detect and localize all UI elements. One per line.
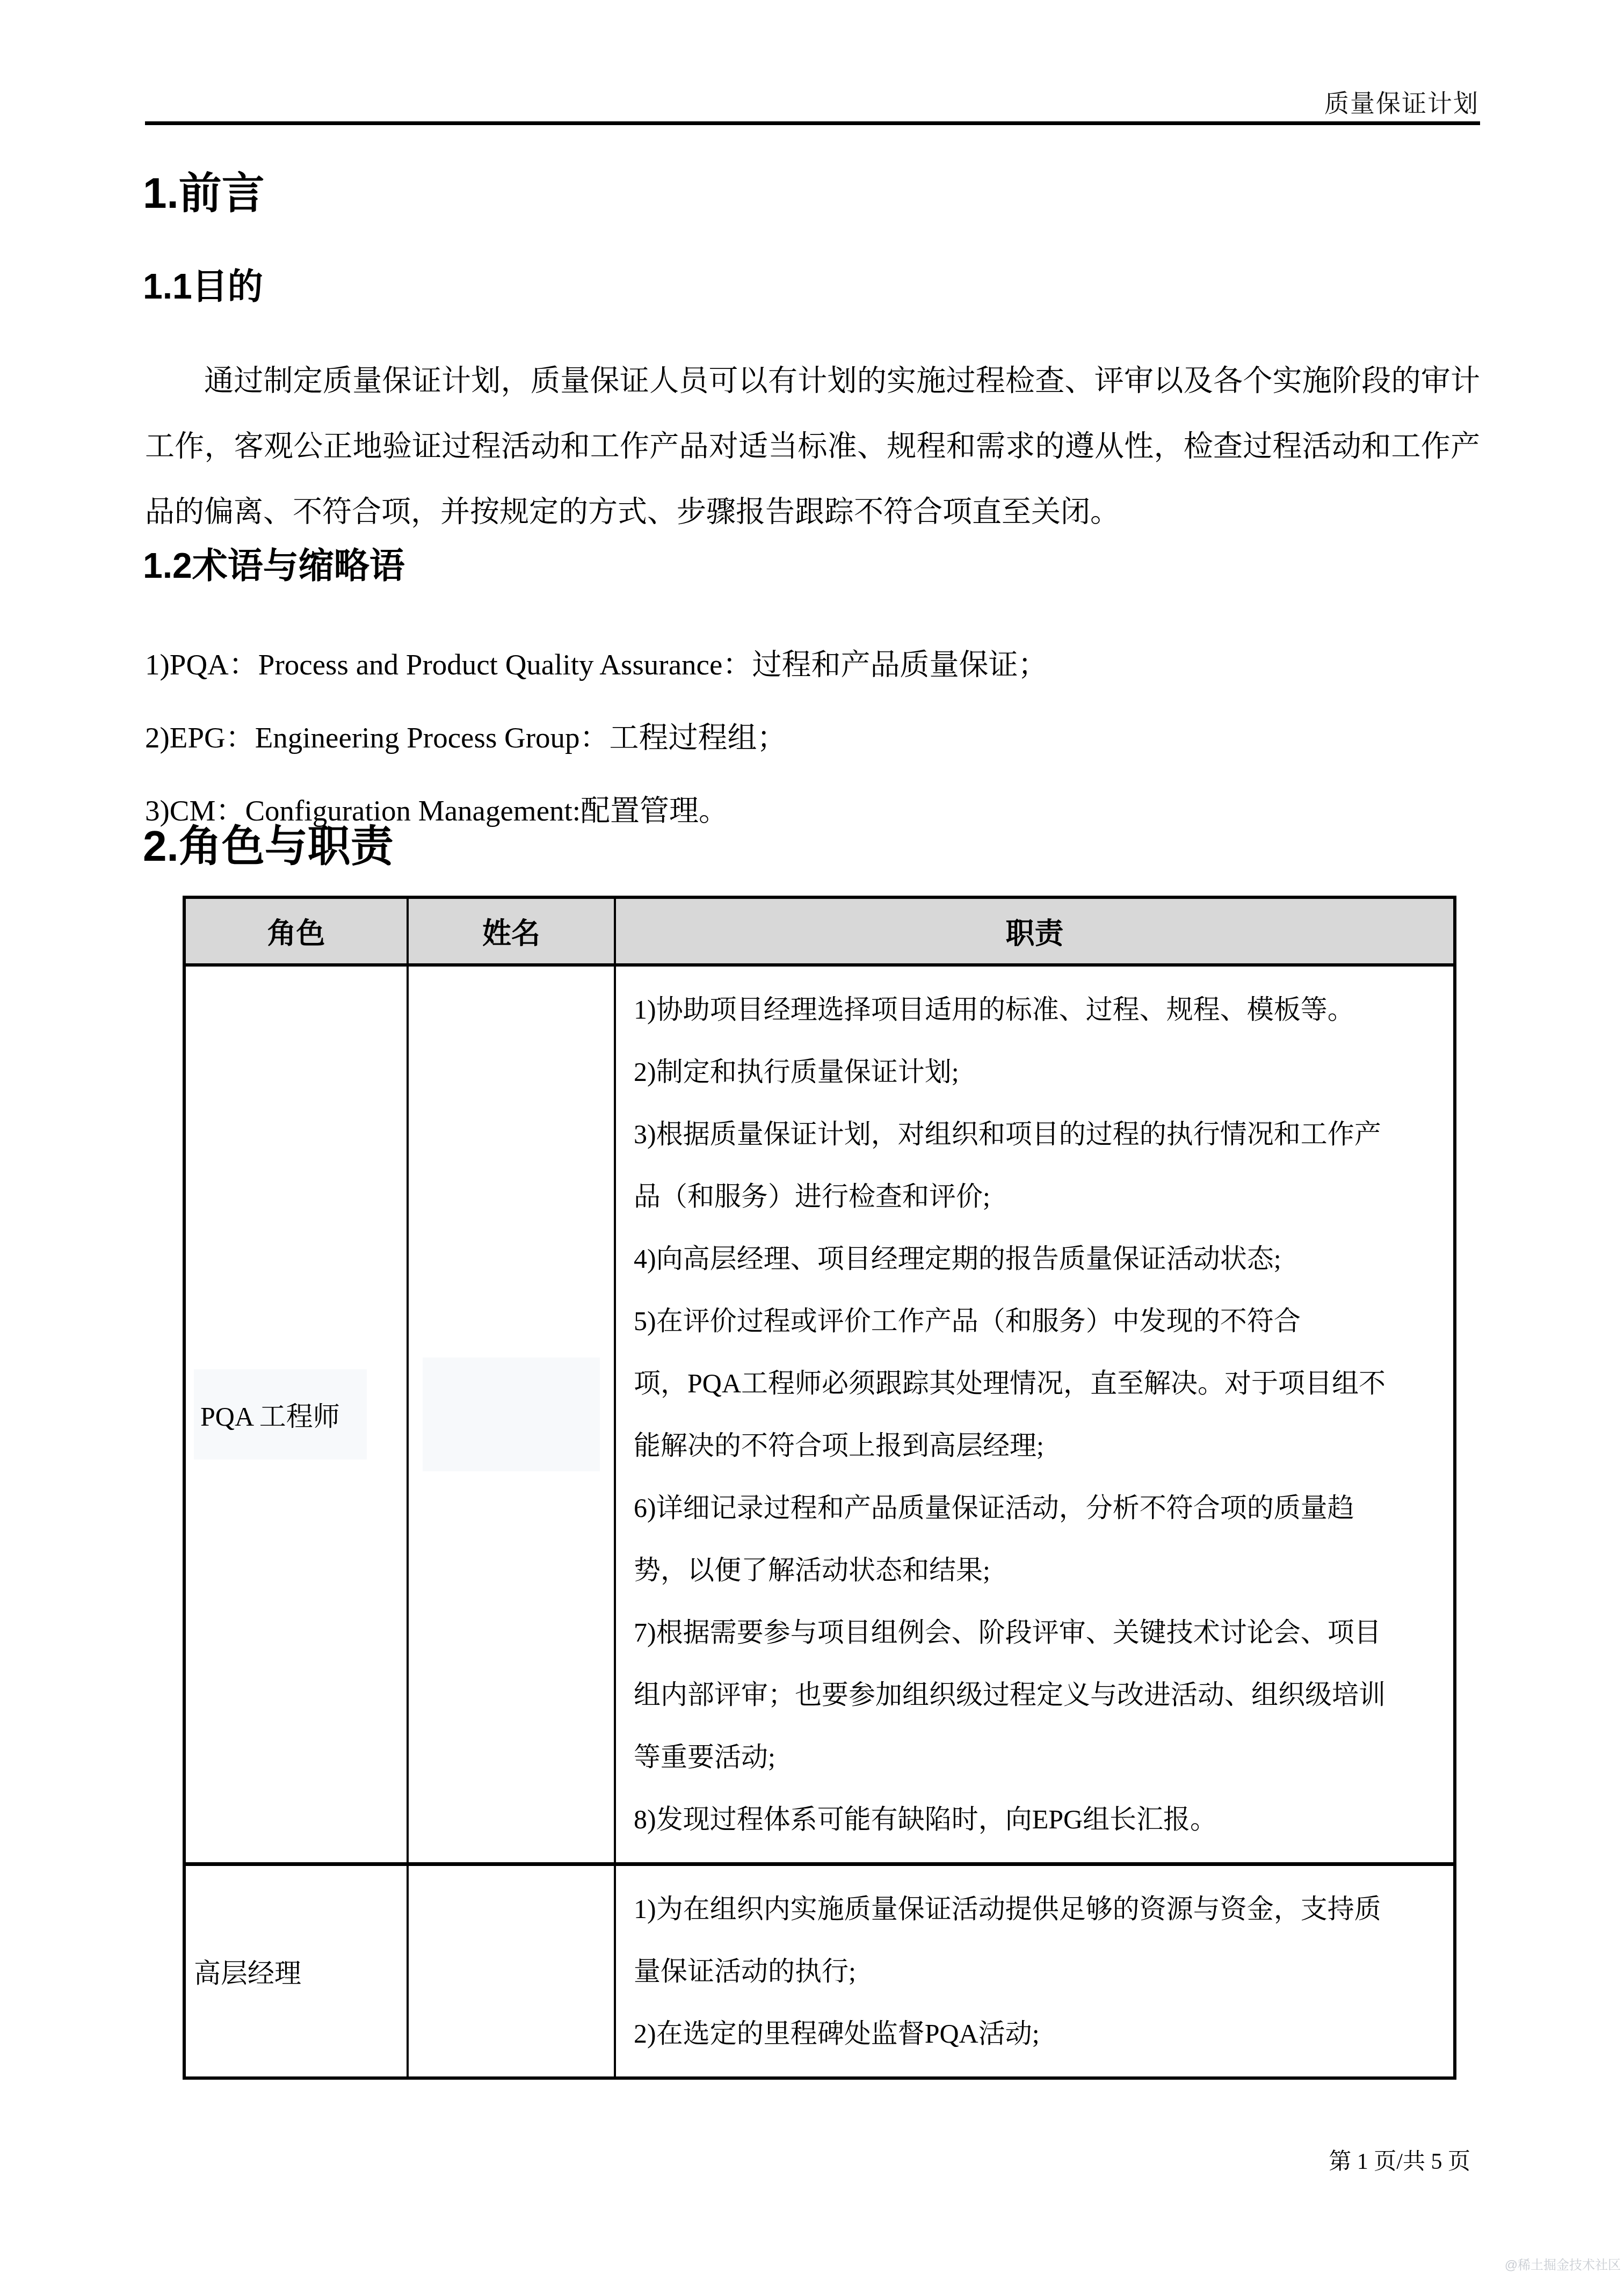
duties-cell: 1)为在组织内实施质量保证活动提供足够的资源与资金，支持质 量保证活动的执行; …	[615, 1864, 1455, 2079]
role-cell: 高层经理	[184, 1864, 408, 2079]
term-item-epg: 2)EPG：Engineering Process Group：工程过程组；	[145, 701, 1541, 774]
section-title-purpose: 1.1目的	[143, 264, 263, 308]
role-cell: PQA 工程师	[184, 965, 408, 1864]
section-title-terms: 1.2术语与缩略语	[143, 543, 405, 587]
column-header-name: 姓名	[408, 897, 615, 965]
name-cell	[408, 1864, 615, 2079]
terms-list: 1)PQA：Process and Product Quality Assura…	[145, 628, 1541, 847]
header-rule	[145, 121, 1480, 125]
page-number: 第 1 页/共 5 页	[1329, 2144, 1470, 2176]
column-header-role: 角色	[184, 897, 408, 965]
role-label: PQA 工程师	[194, 1369, 367, 1459]
duties-cell: 1)协助项目经理选择项目适用的标准、过程、规程、模板等。 2)制定和执行质量保证…	[615, 965, 1455, 1864]
name-redacted-area	[423, 1357, 600, 1471]
purpose-paragraph: 通过制定质量保证计划，质量保证人员可以有计划的实施过程检查、评审以及各个实施阶段…	[145, 348, 1480, 544]
watermark-text: @稀土掘金技术社区	[1505, 2254, 1621, 2273]
document-page: 质量保证计划 1.前言 1.1目的 通过制定质量保证计划，质量保证人员可以有计划…	[0, 0, 1624, 2273]
table-row-pqa-engineer: PQA 工程师 1)协助项目经理选择项目适用的标准、过程、规程、模板等。 2)制…	[184, 965, 1455, 1864]
table-header-row: 角色 姓名 职责	[184, 897, 1455, 965]
role-label: 高层经理	[194, 1958, 301, 1988]
section-title-roles: 2.角色与职责	[143, 820, 394, 872]
section-title-intro: 1.前言	[143, 168, 265, 219]
term-item-pqa: 1)PQA：Process and Product Quality Assura…	[145, 628, 1541, 701]
column-header-duties: 职责	[615, 897, 1455, 965]
header-doc-title: 质量保证计划	[1324, 84, 1479, 119]
roles-table: 角色 姓名 职责 PQA 工程师 1)协助项目经理选择项目适用的标准、过程、规程…	[183, 896, 1456, 2080]
table-row-senior-manager: 高层经理 1)为在组织内实施质量保证活动提供足够的资源与资金，支持质 量保证活动…	[184, 1864, 1455, 2079]
name-cell	[408, 965, 615, 1864]
